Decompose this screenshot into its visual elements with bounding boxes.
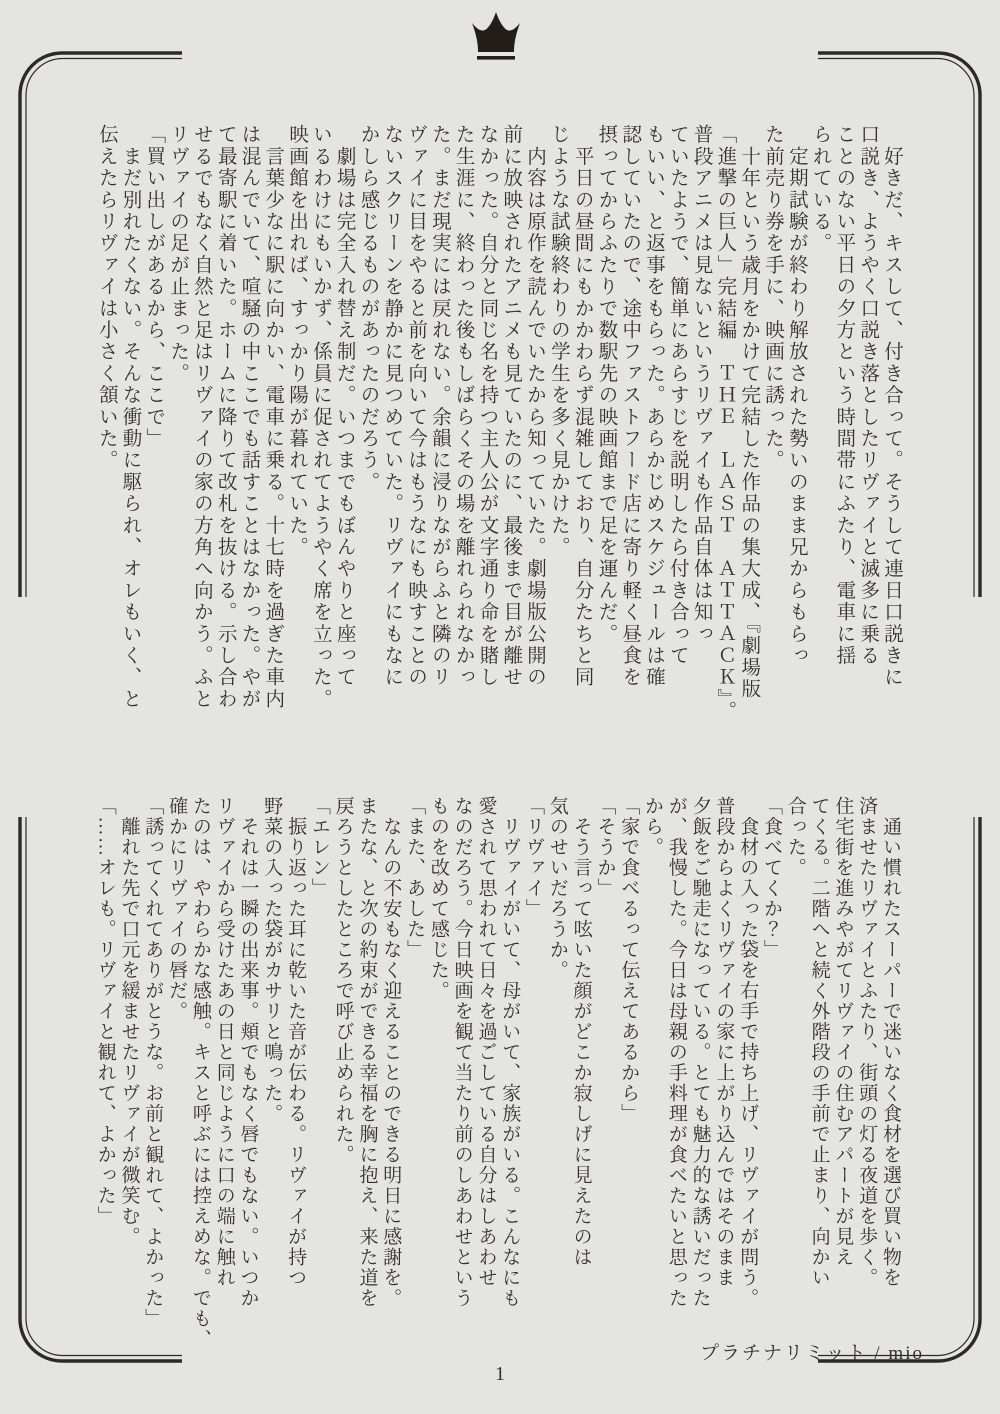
- crown-icon: [470, 11, 522, 61]
- story-section-top: 好きだ、キスして、付き合って。そうして連日口説きに 口説き、ようやく口説き落とし…: [94, 124, 903, 738]
- footer-credit: プラチナリミット / mio: [700, 1338, 924, 1365]
- novel-page: 好きだ、キスして、付き合って。そうして連日口説きに 口説き、ようやく口説き落とし…: [0, 0, 1000, 1414]
- page-number: 1: [0, 1363, 1000, 1386]
- story-section-bottom: 通い慣れたスーパーで迷いなく食材を選び買い物を 済ませたリヴァイとふたり、街頭の…: [93, 796, 902, 1356]
